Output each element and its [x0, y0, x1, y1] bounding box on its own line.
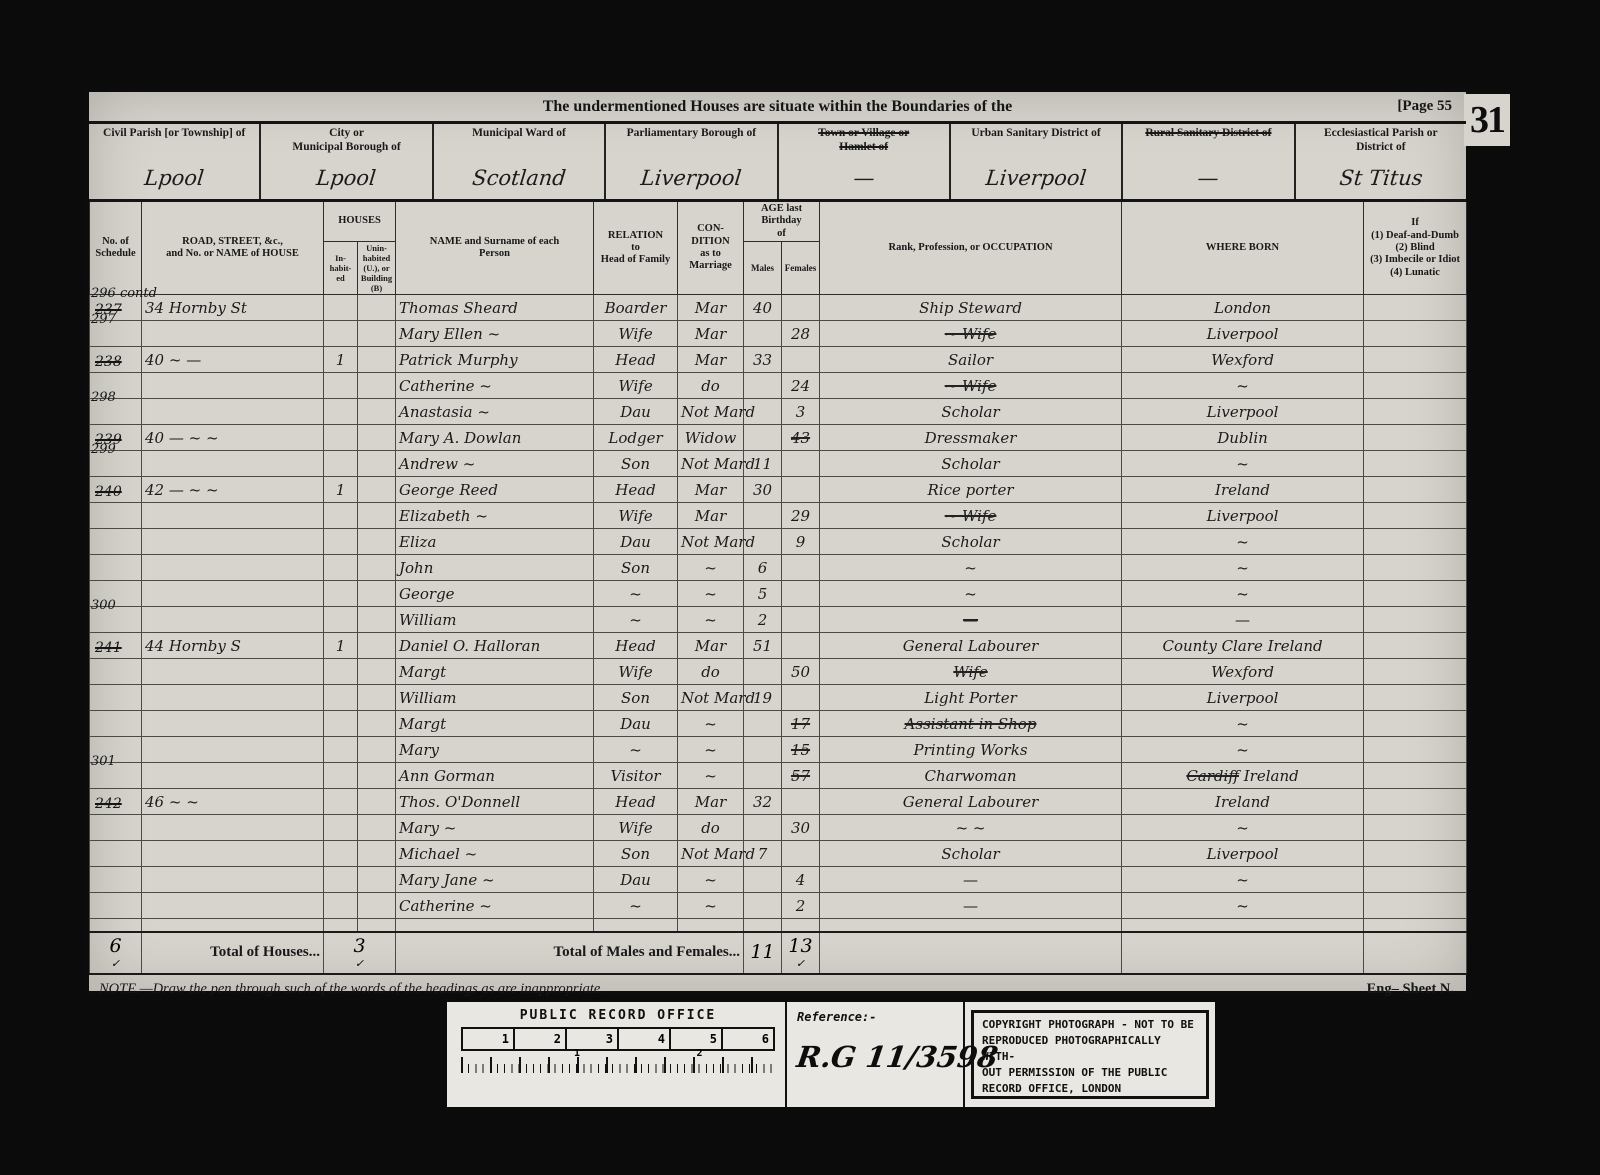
cell-occupation: General Labourer [820, 633, 1122, 659]
cell-condition: Not Mard [678, 451, 744, 477]
cell-age-female: 2 [782, 893, 820, 919]
born-value: Cardiff [1186, 767, 1239, 785]
cell-occupation: Sailor [820, 347, 1122, 373]
born-value: ~ [1236, 585, 1249, 603]
cell-uninhabited [358, 789, 396, 815]
cell-relation: ~ [594, 581, 678, 607]
cell-age-female: 29 [782, 503, 820, 529]
cell-age-female: 3 [782, 399, 820, 425]
col-header-road: ROAD, STREET, &c., and No. or NAME of HO… [142, 202, 324, 295]
cell-age-male [744, 659, 782, 685]
table-row: 23940 — ~ ~Mary A. DowlanLodgerWidow43Dr… [90, 425, 1467, 451]
ruler-sub-number: 1 [574, 1048, 580, 1059]
cell-condition: Widow [678, 425, 744, 451]
cell-age-male [744, 503, 782, 529]
cell-occupation: Rice porter [820, 477, 1122, 503]
ruler-inch-segment: 4 [619, 1029, 671, 1049]
cell-road [142, 711, 324, 737]
cell-name: Andrew ~ [396, 451, 594, 477]
cell-uninhabited [358, 425, 396, 451]
district-cell: Parliamentary Borough ofLiverpool [606, 124, 778, 199]
cell-road [142, 555, 324, 581]
cell-name: William [396, 685, 594, 711]
cell-inhabited [324, 867, 358, 893]
cell-inhabited [324, 841, 358, 867]
cell-condition: Not Mard [678, 841, 744, 867]
born-value: ~ [1236, 559, 1249, 577]
cell-age-male [744, 425, 782, 451]
born-value: Wexford [1211, 351, 1274, 369]
cell-age-female: 57 [782, 763, 820, 789]
cell-condition: Mar [678, 477, 744, 503]
cell-relation: Son [594, 685, 678, 711]
census-sheet: 31 The undermentioned Houses are situate… [85, 88, 1470, 995]
cell-condition: Mar [678, 633, 744, 659]
cell-occupation: Assistant in Shop [820, 711, 1122, 737]
ruler-sub-number: 2 [697, 1048, 703, 1059]
district-cell-label: Municipal Ward of [434, 124, 604, 156]
cell-born: Cardiff Ireland [1122, 763, 1364, 789]
district-cell: Urban Sanitary District ofLiverpool [951, 124, 1123, 199]
cell-age-female: 24 [782, 373, 820, 399]
col-header-females: Females [782, 242, 820, 295]
cell-inhabited [324, 321, 358, 347]
cell-age-female [782, 841, 820, 867]
cell-road: 44 Hornby S [142, 633, 324, 659]
district-cell-label: Civil Parish [or Township] of [89, 124, 259, 156]
born-value: Ireland [1215, 793, 1270, 811]
cell-inhabited [324, 893, 358, 919]
cell-age-male [744, 321, 782, 347]
born-value: Dublin [1217, 429, 1268, 447]
born-value: Liverpool [1207, 325, 1279, 343]
cell-born: County Clare Ireland [1122, 633, 1364, 659]
cell-schedule [90, 659, 142, 685]
cell-age-male [744, 737, 782, 763]
col-header-age: AGE last Birthday of [744, 202, 820, 242]
copyright-text: COPYRIGHT PHOTOGRAPH - NOT TO BE REPRODU… [971, 1010, 1209, 1099]
cell-road [142, 893, 324, 919]
cell-road [142, 503, 324, 529]
cell-relation: Head [594, 477, 678, 503]
cell-relation: Dau [594, 711, 678, 737]
pro-ruler-box: PUBLIC RECORD OFFICE 123456 1 2 [447, 1002, 787, 1107]
table-row: ElizaDauNot Mard9Scholar~ [90, 529, 1467, 555]
table-row: 24246 ~ ~Thos. O'DonnellHeadMar32General… [90, 789, 1467, 815]
cell-name: George [396, 581, 594, 607]
reference-box: Reference:- R.G 11/3598 [787, 1002, 965, 1107]
district-cell-value: — [776, 156, 951, 199]
cell-infirmities [1364, 425, 1467, 451]
cell-age-male: 51 [744, 633, 782, 659]
cell-infirmities [1364, 451, 1467, 477]
cell-schedule [90, 711, 142, 737]
cell-uninhabited [358, 867, 396, 893]
district-cell: Municipal Ward ofScotland [434, 124, 606, 199]
cell-occupation: — [820, 867, 1122, 893]
cell-name: Michael ~ [396, 841, 594, 867]
cell-relation: Visitor [594, 763, 678, 789]
cell-name: George Reed [396, 477, 594, 503]
district-cell: City or Municipal Borough ofLpool [261, 124, 433, 199]
table-row: 301Ann GormanVisitor~57CharwomanCardiff … [90, 763, 1467, 789]
cell-condition: ~ [678, 581, 744, 607]
cell-age-female: 4 [782, 867, 820, 893]
table-row: Elizabeth ~WifeMar29~ WifeLiverpool [90, 503, 1467, 529]
district-cell-label: Ecclesiastical Parish or District of [1296, 124, 1466, 156]
check-mark: ✓ [111, 958, 120, 969]
ruler-inch-segment: 2 [515, 1029, 567, 1049]
cell-condition: do [678, 659, 744, 685]
cell-uninhabited [358, 659, 396, 685]
col-header-uninhabited: Unin- habited (U.), or Building (B) [358, 242, 396, 295]
cell-schedule [90, 555, 142, 581]
col-header-born: WHERE BORN [1122, 202, 1364, 295]
table-row: George~~5~~ [90, 581, 1467, 607]
cell-age-female [782, 347, 820, 373]
cell-age-male [744, 815, 782, 841]
cell-name: Thomas Sheard [396, 295, 594, 321]
cell-infirmities [1364, 373, 1467, 399]
cell-occupation: Printing Works [820, 737, 1122, 763]
born-value: ~ [1236, 455, 1249, 473]
cell-name: Elizabeth ~ [396, 503, 594, 529]
cell-condition: Not Mard [678, 399, 744, 425]
cell-born: Liverpool [1122, 685, 1364, 711]
sheet-title: The undermentioned Houses are situate wi… [543, 98, 1013, 116]
cell-uninhabited [358, 373, 396, 399]
col-header-relation: RELATION to Head of Family [594, 202, 678, 295]
cell-condition: ~ [678, 893, 744, 919]
cell-age-female: 30 [782, 815, 820, 841]
cell-born: ~ [1122, 451, 1364, 477]
cell-occupation: ~ ~ [820, 815, 1122, 841]
cell-inhabited [324, 373, 358, 399]
cell-road [142, 451, 324, 477]
table-row: Mary Jane ~Dau~4—~ [90, 867, 1467, 893]
cell-relation: Wife [594, 503, 678, 529]
cell-inhabited [324, 789, 358, 815]
cell-infirmities [1364, 477, 1467, 503]
cell-relation: Son [594, 841, 678, 867]
cell-occupation: — [820, 893, 1122, 919]
cell-inhabited [324, 815, 358, 841]
table-row: 296 contd23734 Hornby StThomas SheardBoa… [90, 295, 1467, 321]
cell-infirmities [1364, 711, 1467, 737]
column-headers: No. of Schedule ROAD, STREET, &c., and N… [90, 202, 1467, 295]
col-header-name: NAME and Surname of each Person [396, 202, 594, 295]
cell-uninhabited [358, 815, 396, 841]
cell-uninhabited [358, 503, 396, 529]
cell-infirmities [1364, 815, 1467, 841]
cell-relation: ~ [594, 893, 678, 919]
cell-born: London [1122, 295, 1364, 321]
district-cell: Ecclesiastical Parish or District ofSt T… [1296, 124, 1466, 199]
born-value: County Clare Ireland [1162, 637, 1322, 655]
born-value: — [1235, 611, 1250, 629]
cell-name: Margt [396, 711, 594, 737]
cell-relation: Wife [594, 373, 678, 399]
cell-occupation: General Labourer [820, 789, 1122, 815]
schedule-number-old: 242 [95, 796, 122, 812]
cell-infirmities [1364, 399, 1467, 425]
cell-name: Eliza [396, 529, 594, 555]
cell-uninhabited [358, 685, 396, 711]
cell-condition: ~ [678, 607, 744, 633]
cell-schedule [90, 815, 142, 841]
cell-condition: ~ [678, 711, 744, 737]
cell-uninhabited [358, 477, 396, 503]
district-cell: Town or Village or Hamlet of— [779, 124, 951, 199]
cell-occupation: ~ Wife [820, 503, 1122, 529]
col-header-schedule: No. of Schedule [90, 202, 142, 295]
col-header-occupation: Rank, Profession, or OCCUPATION [820, 202, 1122, 295]
district-cell-value: Liverpool [949, 156, 1124, 199]
cell-infirmities [1364, 737, 1467, 763]
cell-condition: Not Mard [678, 529, 744, 555]
cell-born: Liverpool [1122, 503, 1364, 529]
cell-name: Anastasia ~ [396, 399, 594, 425]
district-cell-value: Liverpool [604, 156, 779, 199]
ruler-inch-segment: 3 [567, 1029, 619, 1049]
cell-occupation: ~ [820, 555, 1122, 581]
cell-inhabited [324, 503, 358, 529]
table-row: WilliamSonNot Mard19Light PorterLiverpoo… [90, 685, 1467, 711]
col-header-males: Males [744, 242, 782, 295]
cell-inhabited [324, 295, 358, 321]
copyright-box: COPYRIGHT PHOTOGRAPH - NOT TO BE REPRODU… [965, 1002, 1215, 1107]
cell-name: Mary Jane ~ [396, 867, 594, 893]
born-correction: Ireland [1239, 767, 1299, 785]
cell-road [142, 737, 324, 763]
schedule-count: 6 ✓ [93, 937, 138, 969]
cell-relation: Boarder [594, 295, 678, 321]
cell-relation: Dau [594, 529, 678, 555]
cell-inhabited: 1 [324, 347, 358, 373]
district-cell: Civil Parish [or Township] ofLpool [89, 124, 261, 199]
cell-infirmities [1364, 555, 1467, 581]
cell-name: Mary Ellen ~ [396, 321, 594, 347]
cell-road [142, 763, 324, 789]
cell-infirmities [1364, 503, 1467, 529]
cell-condition: Mar [678, 321, 744, 347]
born-value: Wexford [1211, 663, 1274, 681]
cell-condition: ~ [678, 555, 744, 581]
cell-age-female [782, 477, 820, 503]
cell-age-female: 9 [782, 529, 820, 555]
schedule-number-new: 299 [91, 442, 116, 457]
cell-infirmities [1364, 633, 1467, 659]
cell-born: ~ [1122, 711, 1364, 737]
cell-uninhabited [358, 581, 396, 607]
cell-occupation: Scholar [820, 451, 1122, 477]
schedule-number-new: 296 contd [91, 286, 157, 301]
cell-inhabited [324, 581, 358, 607]
cell-occupation: Charwoman [820, 763, 1122, 789]
ruler-inch-segment: 1 [463, 1029, 515, 1049]
cell-relation: Dau [594, 399, 678, 425]
cell-inhabited [324, 685, 358, 711]
cell-relation: Lodger [594, 425, 678, 451]
spacer-row [90, 919, 1467, 932]
cell-road [142, 607, 324, 633]
table-row: Michael ~SonNot Mard7ScholarLiverpool [90, 841, 1467, 867]
district-cell-value: St Titus [1293, 156, 1468, 199]
born-value: ~ [1236, 897, 1249, 915]
cell-infirmities [1364, 581, 1467, 607]
cell-road [142, 867, 324, 893]
district-cell-label: Town or Village or Hamlet of [779, 124, 949, 156]
schedule-number-old: 241 [95, 640, 122, 656]
cell-relation: Son [594, 451, 678, 477]
cell-age-male: 30 [744, 477, 782, 503]
cell-infirmities [1364, 893, 1467, 919]
cell-uninhabited [358, 529, 396, 555]
district-cell-label: Urban Sanitary District of [951, 124, 1121, 156]
film-frame-number: 31 [1464, 94, 1510, 146]
ruler-inch-scale: 123456 [461, 1027, 775, 1051]
photograph-background: 31 The undermentioned Houses are situate… [0, 0, 1600, 1175]
table-row: Catherine ~~~2—~ [90, 893, 1467, 919]
cell-name: John [396, 555, 594, 581]
born-value: Liverpool [1207, 845, 1279, 863]
cell-born: ~ [1122, 555, 1364, 581]
cell-uninhabited [358, 321, 396, 347]
col-header-infirmities: If (1) Deaf-and-Dumb (2) Blind (3) Imbec… [1364, 202, 1467, 295]
table-row: JohnSon~6~~ [90, 555, 1467, 581]
cell-schedule: 238 [90, 347, 142, 373]
cell-relation: Wife [594, 815, 678, 841]
table-row: 299Andrew ~SonNot Mard11Scholar~ [90, 451, 1467, 477]
ruler-inch-segment: 5 [671, 1029, 723, 1049]
cell-occupation: ~ [820, 581, 1122, 607]
cell-uninhabited [358, 841, 396, 867]
cell-road: 40 ~ — [142, 347, 324, 373]
cell-road: 42 — ~ ~ [142, 477, 324, 503]
cell-name: Ann Gorman [396, 763, 594, 789]
cell-inhabited: 1 [324, 477, 358, 503]
total-males-females-label: Total of Males and Females... [396, 932, 744, 974]
cell-age-male: 5 [744, 581, 782, 607]
table-row: Catherine ~Wifedo24~ Wife~ [90, 373, 1467, 399]
cell-schedule [90, 893, 142, 919]
cell-condition: do [678, 815, 744, 841]
cell-infirmities [1364, 867, 1467, 893]
cell-age-male [744, 893, 782, 919]
table-row: 298Anastasia ~DauNot Mard3ScholarLiverpo… [90, 399, 1467, 425]
cell-uninhabited [358, 607, 396, 633]
cell-born: ~ [1122, 737, 1364, 763]
cell-age-male [744, 763, 782, 789]
cell-condition: Mar [678, 789, 744, 815]
cell-schedule: 301 [90, 763, 142, 789]
cell-age-male: 6 [744, 555, 782, 581]
cell-occupation: ~ Wife [820, 321, 1122, 347]
cell-infirmities [1364, 295, 1467, 321]
cell-age-female [782, 295, 820, 321]
cell-condition: Mar [678, 503, 744, 529]
cell-age-female: 15 [782, 737, 820, 763]
cell-inhabited [324, 659, 358, 685]
cell-born: Wexford [1122, 659, 1364, 685]
cell-age-female [782, 581, 820, 607]
cell-schedule [90, 841, 142, 867]
footer-bar: NOTE.—Draw the pen through such of the w… [89, 975, 1466, 998]
cell-born: ~ [1122, 867, 1364, 893]
district-header: Civil Parish [or Township] ofLpoolCity o… [89, 124, 1466, 202]
schedule-number-old: 238 [95, 354, 122, 370]
cell-uninhabited [358, 893, 396, 919]
born-value: Liverpool [1207, 403, 1279, 421]
cell-condition: Mar [678, 295, 744, 321]
cell-road [142, 529, 324, 555]
cell-name: Mary ~ [396, 815, 594, 841]
cell-schedule: 241 [90, 633, 142, 659]
cell-uninhabited [358, 451, 396, 477]
cell-infirmities [1364, 607, 1467, 633]
cell-relation: Head [594, 347, 678, 373]
schedule-number-new: 298 [91, 390, 116, 405]
table-row: 23840 ~ —1Patrick MurphyHeadMar33SailorW… [90, 347, 1467, 373]
born-value: Ireland [1215, 481, 1270, 499]
totals-section: 6 ✓ Total of Houses... 3 ✓ Total of Male… [90, 919, 1467, 974]
cell-name: William [396, 607, 594, 633]
cell-age-female [782, 451, 820, 477]
table-row: Mary~~15Printing Works~ [90, 737, 1467, 763]
ruler-tick-scale: 1 2 [461, 1057, 775, 1073]
cell-relation: Son [594, 555, 678, 581]
cell-age-female [782, 607, 820, 633]
table-row: 300William~~2—— [90, 607, 1467, 633]
cell-relation: ~ [594, 607, 678, 633]
cell-born: Dublin [1122, 425, 1364, 451]
table-row: 24042 — ~ ~1George ReedHeadMar30Rice por… [90, 477, 1467, 503]
cell-inhabited [324, 529, 358, 555]
cell-born: ~ [1122, 581, 1364, 607]
total-houses-value: 3 ✓ [327, 937, 392, 969]
col-header-houses: HOUSES [324, 202, 396, 242]
cell-born: ~ [1122, 373, 1364, 399]
born-value: London [1214, 299, 1271, 317]
cell-infirmities [1364, 659, 1467, 685]
table-row: Mary ~Wifedo30~ ~~ [90, 815, 1467, 841]
cell-schedule: 298 [90, 399, 142, 425]
cell-name: Patrick Murphy [396, 347, 594, 373]
cell-name: Daniel O. Halloran [396, 633, 594, 659]
cell-name: Catherine ~ [396, 373, 594, 399]
cell-occupation: Dressmaker [820, 425, 1122, 451]
cell-inhabited [324, 555, 358, 581]
cell-schedule: 297 [90, 321, 142, 347]
born-value: ~ [1236, 715, 1249, 733]
cell-occupation: ~ Wife [820, 373, 1122, 399]
cell-inhabited [324, 399, 358, 425]
cell-age-male: 2 [744, 607, 782, 633]
cell-born: — [1122, 607, 1364, 633]
cell-born: ~ [1122, 529, 1364, 555]
cell-inhabited [324, 425, 358, 451]
cell-age-male: 40 [744, 295, 782, 321]
cell-uninhabited [358, 711, 396, 737]
cell-uninhabited [358, 737, 396, 763]
cell-age-female [782, 633, 820, 659]
reference-label: Reference:- [797, 1010, 957, 1024]
cell-born: Ireland [1122, 789, 1364, 815]
born-value: Liverpool [1207, 507, 1279, 525]
cell-age-female: 17 [782, 711, 820, 737]
table-row: MargtDau~17Assistant in Shop~ [90, 711, 1467, 737]
cell-occupation: Light Porter [820, 685, 1122, 711]
